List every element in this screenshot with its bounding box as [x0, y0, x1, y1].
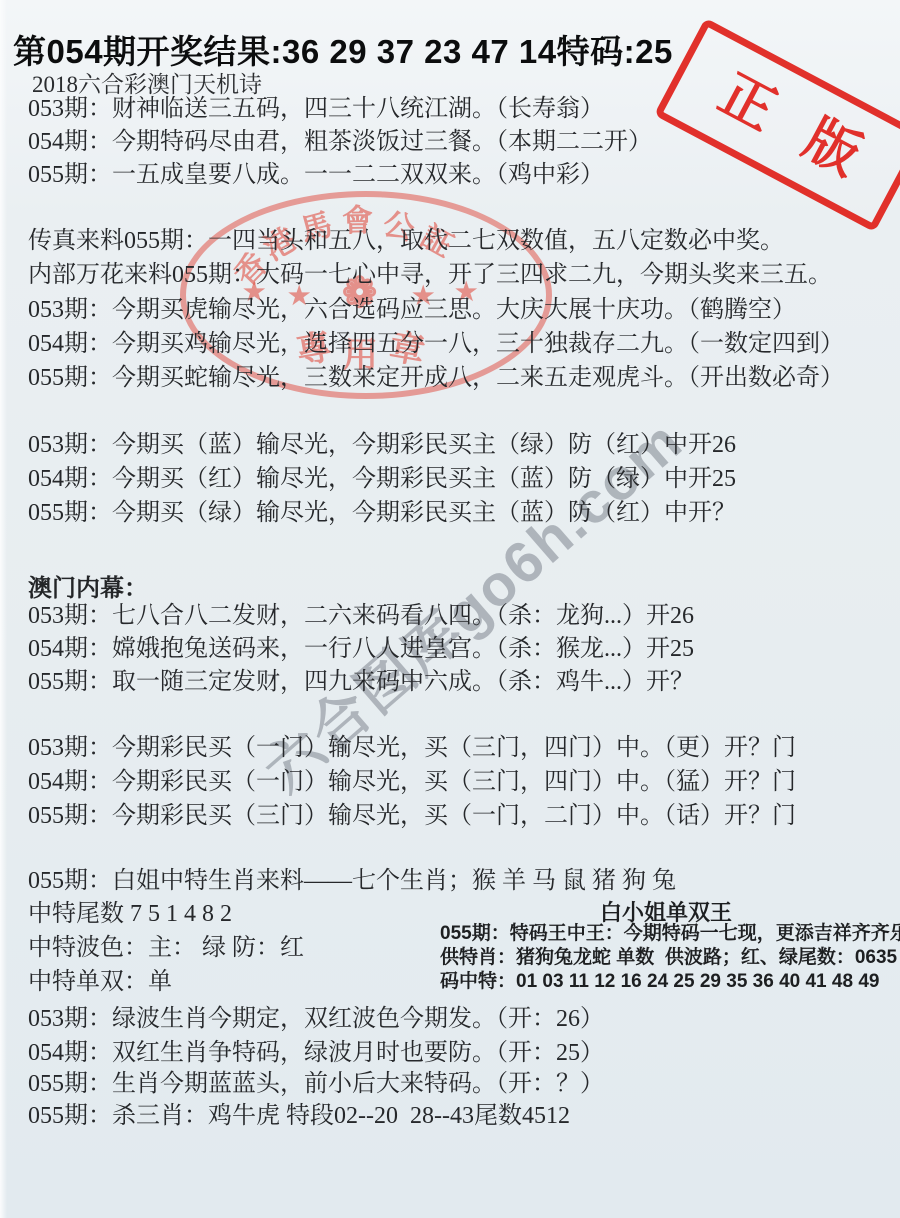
white-lady-line-3: 码中特：01 03 11 12 16 24 25 29 35 36 40 41 … — [440, 971, 892, 993]
fax-line-2: 内部万花来料055期：大码一七心中寻，开了三四求二九，今期头奖来三五。 — [28, 262, 832, 288]
stamp-char: 正 — [711, 66, 784, 139]
zhengban-stamp: 正 版 — [654, 18, 900, 232]
white-lady-line-2: 供特肖：猪狗兔龙蛇 单数 供波路；红、绿尾数：0635 — [440, 947, 892, 969]
fax-line-053: 053期：今期买虎输尽光，六合选码应三思。大庆大展十庆功。（鹤腾空） — [28, 297, 796, 323]
doors-line-055: 055期：今期彩民买（三门）输尽光，买（一门，二门）中。（话）开？门 — [28, 803, 796, 829]
tail-numbers-line: 中特尾数 7 5 1 4 8 2 — [28, 901, 232, 927]
macau-line-054: 054期：嫦娥抱兔送码来，一行八人进皇宫。（杀：猴龙...）开25 — [28, 636, 694, 662]
doors-line-053: 053期：今期彩民买（一门）输尽光，买（三门，四门）中。（更）开？门 — [28, 735, 796, 761]
macau-line-053: 053期：七八合八二发财，二六来码看八四。（杀：龙狗...）开26 — [28, 603, 694, 629]
white-lady-line-1: 055期：特码王中王：今期特码一七现，更添吉祥齐齐乐 — [440, 923, 892, 945]
lottery-tip-sheet: 香 港 馬 會 公 証 ★ ★ ❁ ★ ★ 專 用 章 六合图库go6h.com… — [0, 0, 900, 1218]
fax-line-054: 054期：今期买鸡输尽光，选择四五分一八，三十独裁存二九。（一数定四到） — [28, 331, 844, 357]
doors-line-054: 054期：今期彩民买（一门）输尽光，买（三门，四门）中。（猛）开？门 — [28, 769, 796, 795]
fax-line-055: 055期：今期买蛇输尽光，三数来定开成八，二来五走观虎斗。（开出数必奇） — [28, 365, 844, 391]
color-line-055: 055期：今期买（绿）输尽光，今期彩民买主（蓝）防（红）中开？ — [28, 500, 736, 526]
fax-line-1: 传真来料055期：一四当头和五八，取代二七双数值，五八定数必中奖。 — [28, 228, 784, 254]
kill-three-line: 055期：杀三肖：鸡牛虎 特段02--20 28--43尾数4512 — [28, 1103, 570, 1129]
waves-line-053: 053期：绿波生肖今期定，双红波色今期发。（开：26） — [28, 1006, 604, 1032]
color-line-053: 053期：今期买（蓝）输尽光，今期彩民买主（绿）防（红）中开26 — [28, 432, 736, 458]
stamp-char: 版 — [796, 111, 869, 184]
odd-even-line: 中特单双：单 — [28, 969, 172, 995]
macau-line-055: 055期：取一随三定发财，四九来码中六成。（杀：鸡牛...）开？ — [28, 669, 694, 695]
poem-line-054: 054期：今期特码尽由君，粗茶淡饭过三餐。（本期二二开） — [28, 129, 652, 155]
zodiac-line-055: 055期：白姐中特生肖来料——七个生肖；猴 羊 马 鼠 猪 狗 兔 — [28, 868, 676, 894]
waves-line-054: 054期：双红生肖争特码，绿波月时也要防。（开：25） — [28, 1040, 604, 1066]
poem-title: 2018六合彩澳门天机诗 — [32, 66, 262, 99]
waves-line-055: 055期：生肖今期蓝蓝头，前小后大来特码。（开：？） — [28, 1071, 604, 1097]
wave-color-line: 中特波色：主： 绿 防：红 — [28, 935, 304, 961]
color-line-054: 054期：今期买（红）输尽光，今期彩民买主（蓝）防（绿）中开25 — [28, 466, 736, 492]
macau-section-title: 澳门内幕： — [28, 568, 148, 603]
poem-line-053: 053期：财神临送三五码，四三十八统江湖。（长寿翁） — [28, 96, 604, 122]
poem-line-055: 055期：一五成皇要八成。一一二二双双来。（鸡中彩） — [28, 162, 604, 188]
